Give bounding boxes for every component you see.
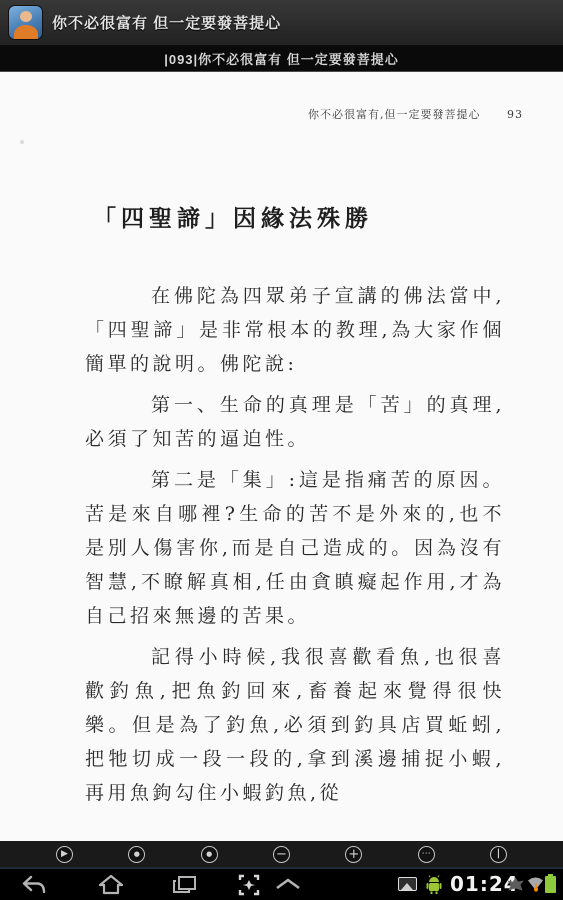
page-content: 「四聖諦」因緣法殊勝 在佛陀為四眾弟子宣講的佛法當中,「四聖諦」是非常根本的教理… (0, 72, 563, 810)
page-number: 93 (507, 108, 523, 121)
prev-page-button[interactable]: ● (128, 846, 145, 863)
paragraph-3: 第二是「集」:這是指痛苦的原因。苦是來自哪裡?生命的苦不是外來的,也不是別人傷害… (85, 463, 505, 633)
next-icon: ● (206, 851, 212, 858)
reader-toolbar: ▶ ● ● − + ⋯ | (0, 841, 563, 869)
notification-emblem-icon (507, 877, 524, 892)
back-button[interactable] (20, 874, 48, 895)
battery-icon (545, 876, 556, 893)
app-title-bar: 你不必很富有 但一定要發菩提心 (0, 0, 563, 45)
book-page[interactable]: 你不必很富有,但一定要發菩提心 93 「四聖諦」因緣法殊勝 在佛陀為四眾弟子宣講… (0, 72, 563, 841)
running-header: 你不必很富有,但一定要發菩提心 93 (308, 106, 523, 122)
battery-icon-cap (548, 874, 553, 876)
scan-artifact-dot (20, 140, 24, 144)
usb-debugging-robot-icon (426, 875, 442, 894)
chapter-header-text: |093|你不必很富有 但一定要發菩提心 (164, 49, 399, 68)
screenshot-button[interactable] (238, 874, 260, 896)
paragraph-1: 在佛陀為四眾弟子宣講的佛法當中,「四聖諦」是非常根本的教理,為大家作個簡單的說明… (85, 279, 505, 381)
android-nav-bar: 01:24 (0, 869, 563, 900)
zoom-out-button[interactable]: − (273, 846, 290, 863)
app-icon-monk-robe (14, 25, 38, 39)
zoom-out-icon: − (276, 848, 287, 861)
zoom-in-icon: + (348, 848, 359, 861)
running-header-title: 你不必很富有,但一定要發菩提心 (308, 108, 481, 121)
wifi-warning-icon (527, 876, 544, 893)
recent-apps-button[interactable] (172, 874, 198, 895)
paragraph-2: 第一、生命的真理是「苦」的真理,必須了知苦的逼迫性。 (85, 388, 505, 456)
chapter-title: 「四聖諦」因緣法殊勝 (93, 200, 505, 233)
play-button[interactable]: ▶ (56, 846, 73, 863)
screenshot-saved-icon-mountain (401, 883, 413, 890)
zoom-in-button[interactable]: + (345, 846, 362, 863)
prev-icon: ● (134, 851, 140, 858)
info-button[interactable]: | (490, 846, 507, 863)
info-icon: | (497, 849, 501, 859)
paragraph-4: 記得小時候,我很喜歡看魚,也很喜歡釣魚,把魚釣回來,畜養起來覺得很快樂。但是為了… (85, 640, 505, 810)
home-button[interactable] (98, 874, 124, 895)
app-icon-monk-head (20, 11, 32, 22)
play-icon: ▶ (61, 850, 68, 859)
more-options-button[interactable]: ⋯ (418, 846, 435, 863)
chapter-header-bar: |093|你不必很富有 但一定要發菩提心 (0, 45, 563, 72)
next-page-button[interactable]: ● (201, 846, 218, 863)
screenshot-saved-icon (398, 877, 417, 891)
app-launcher-icon[interactable] (9, 6, 42, 39)
expand-panel-button[interactable] (274, 878, 302, 890)
tablet-screen: 你不必很富有 但一定要發菩提心 |093|你不必很富有 但一定要發菩提心 你不必… (0, 0, 563, 900)
more-icon: ⋯ (422, 850, 431, 859)
app-title: 你不必很富有 但一定要發菩提心 (52, 12, 281, 33)
